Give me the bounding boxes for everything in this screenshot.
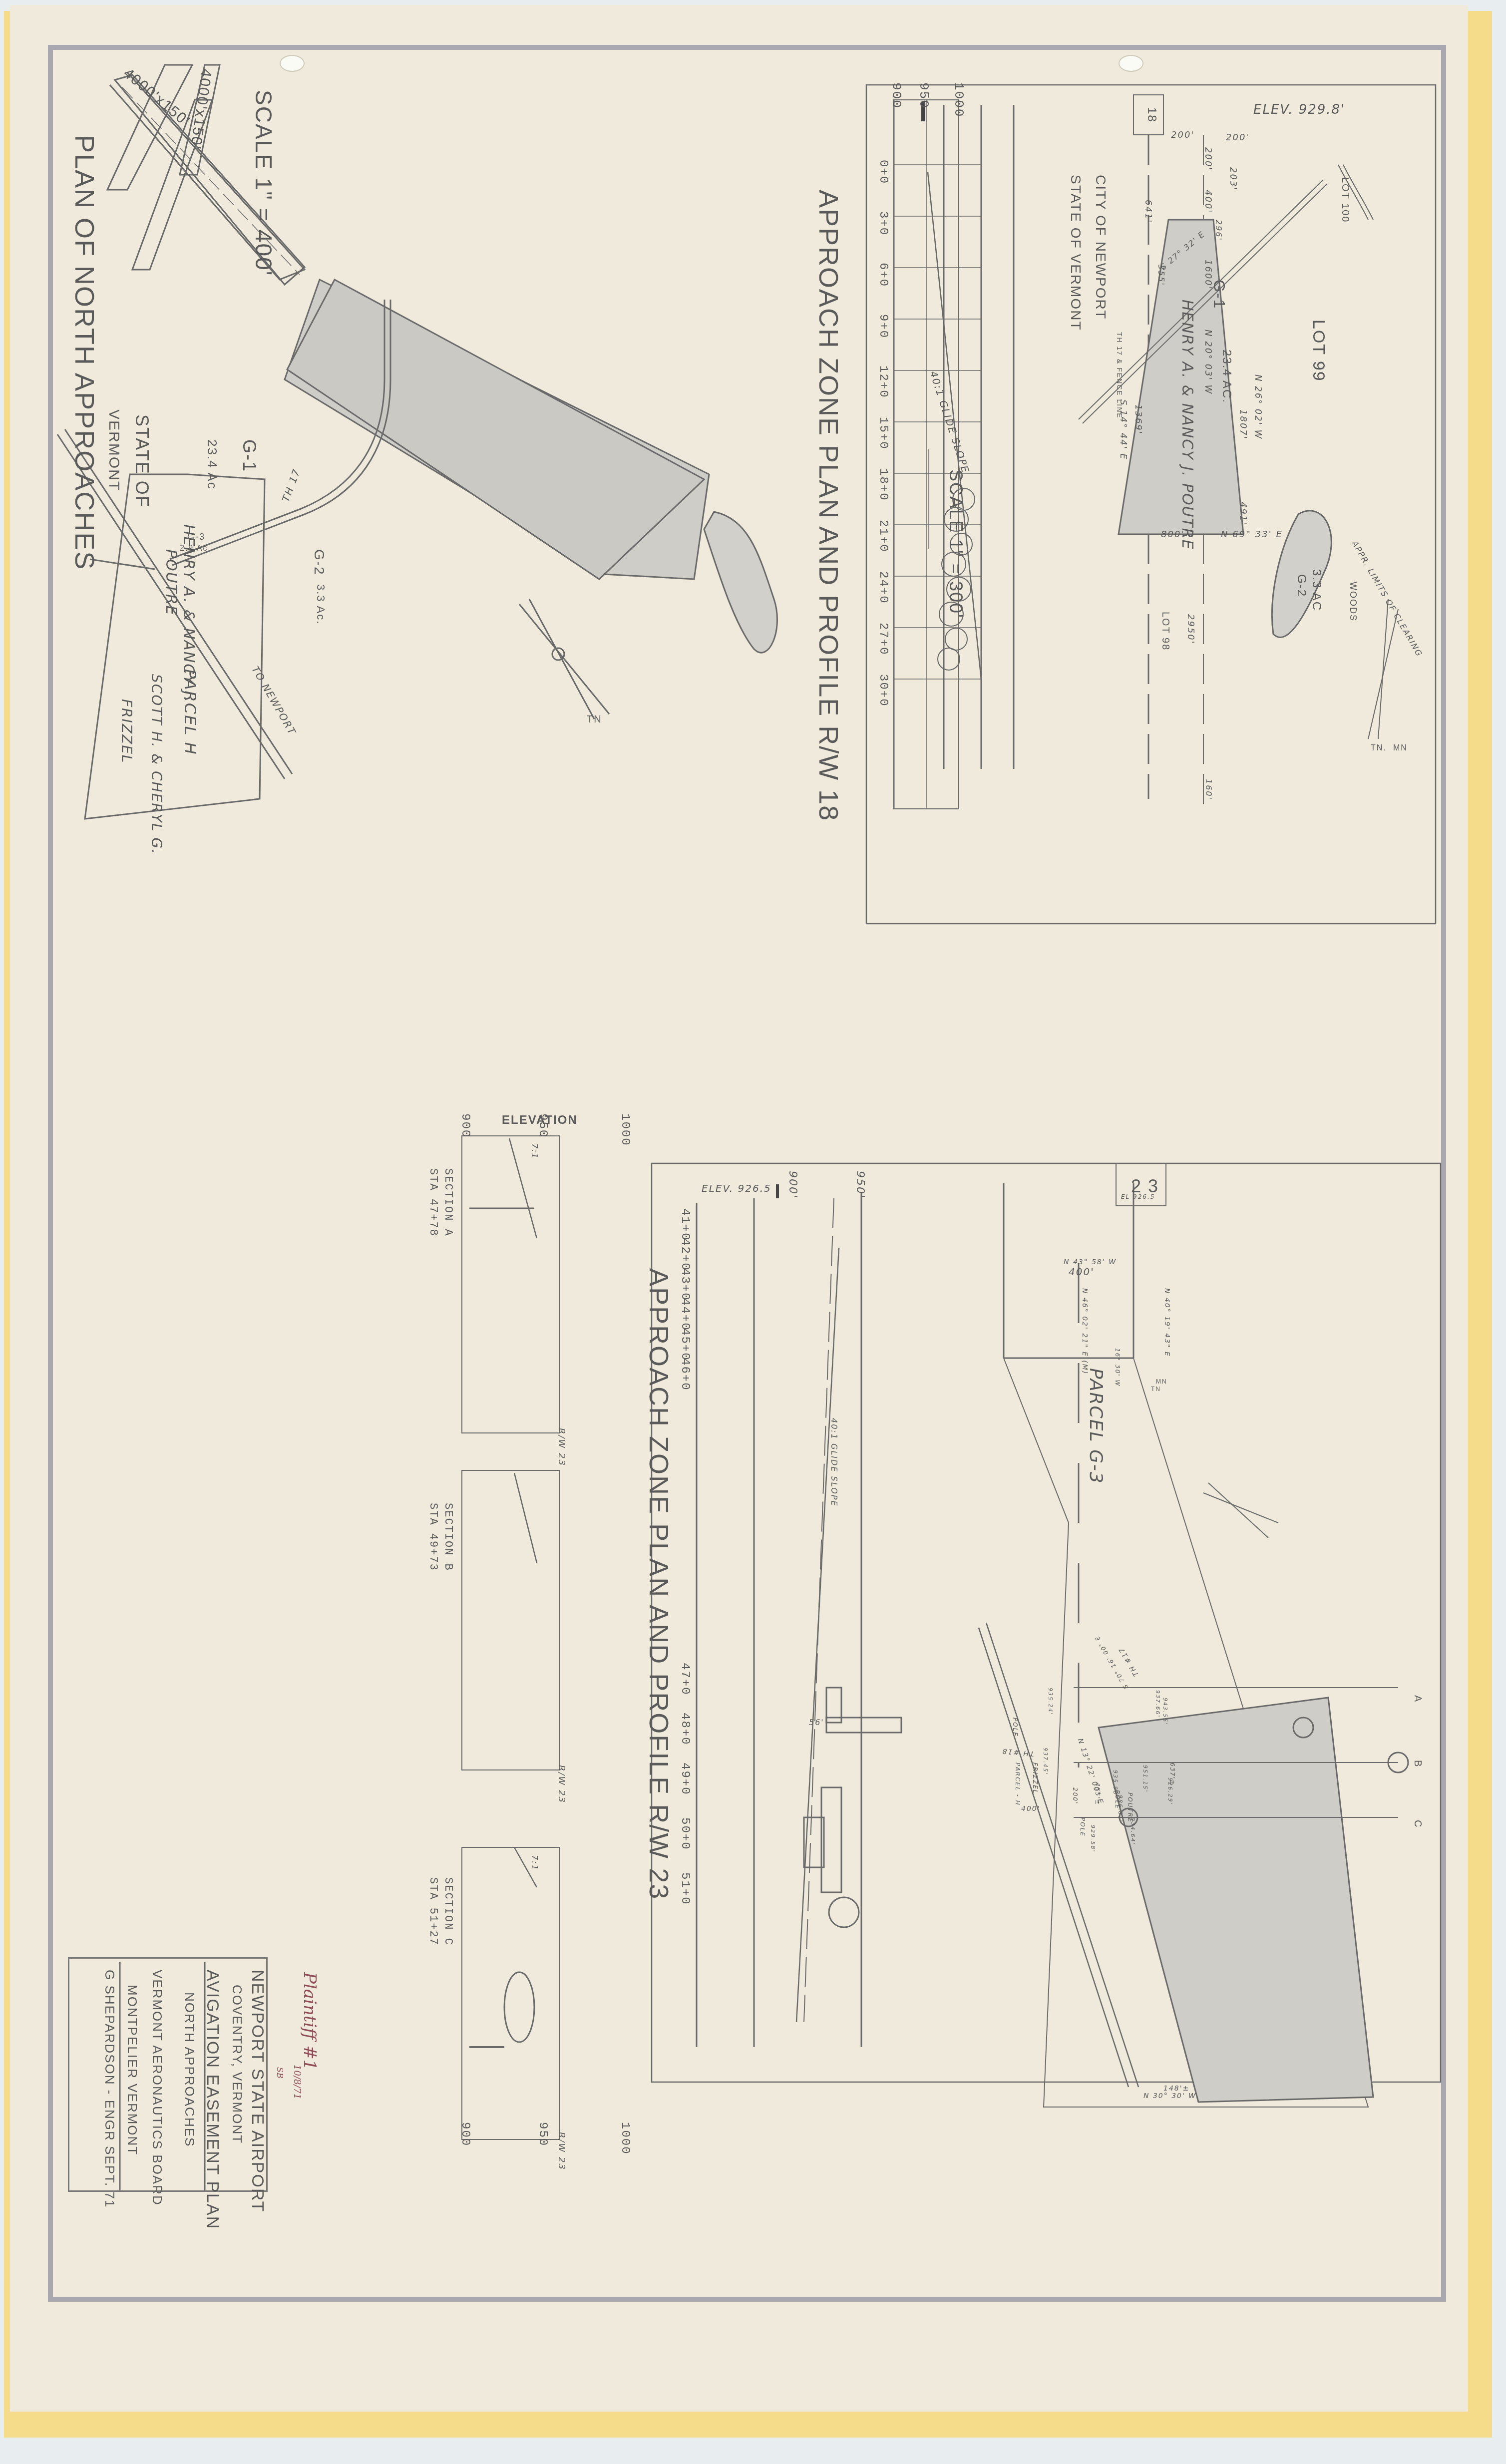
rw23-station: 41+0 [678, 1208, 692, 1241]
section-c-title: SECTION C [442, 1877, 454, 1946]
section-elev-900: 900 [458, 1113, 472, 1138]
rw23-elev-900: 900' [786, 1171, 799, 1199]
rw23-elev-950: 950' [854, 1171, 866, 1199]
section-c-station: STA 51+27 [427, 1877, 439, 1946]
state-of-label: STATE OF [131, 414, 152, 508]
exhibit-label: Plaintiff #1 [300, 1972, 320, 2070]
rw18-station: 27+0 [876, 623, 890, 656]
rw23-station: 46+0 [678, 1358, 692, 1391]
owner-frizzel-label-2: FRIZZEL [118, 699, 135, 763]
title-line-plan: AVIGATION EASEMENT PLAN [203, 1970, 222, 2229]
lot-100-label: LOT 100 [1339, 177, 1351, 223]
section-c-marker: C [1412, 1820, 1423, 1828]
bearing-label: N 20° 03' W [1203, 330, 1213, 394]
true-north-label: TN [587, 714, 602, 725]
rw18-station: 24+0 [876, 571, 890, 604]
section-a-title: SECTION A [442, 1168, 454, 1237]
rw18-elevation-label: ELEV. 929.8' [1253, 102, 1345, 117]
city-of-newport-label: CITY OF NEWPORT [1093, 175, 1109, 320]
exhibit-initials: SB [275, 2067, 285, 2079]
rw18-station: 30+0 [876, 674, 890, 707]
rw23-station: 49+0 [678, 1762, 692, 1795]
bearing-label: N 40° 19' 43" E [1163, 1288, 1171, 1357]
slope-label: 7:1 [530, 1855, 539, 1871]
spot-elevation: 986.81' [1117, 1795, 1124, 1823]
dim-label: 400' [1021, 1805, 1041, 1813]
parcel-g1-area: 23.4 Ac [204, 439, 220, 490]
lot-99-label: LOT 99 [1309, 320, 1328, 382]
bearing-label: S 14° 44' E [1118, 399, 1129, 460]
lot-98-label: LOT 98 [1159, 612, 1171, 651]
parcel-g2-area: 3.3 Ac. [314, 584, 327, 625]
rw23-station: 43+0 [678, 1268, 692, 1301]
dim-label: 203' [1228, 167, 1238, 191]
rw18-runway-end: 18 [1144, 107, 1158, 123]
parcel-g3-label: PARCEL G-3 [1086, 1368, 1106, 1484]
state-of-vermont-label: STATE OF VERMONT [1068, 175, 1084, 331]
dim-label: 2950' [1185, 614, 1196, 645]
dim-label: 400' [1069, 1266, 1095, 1278]
rw18-elev-900: 900 [889, 82, 904, 109]
title-line-location: COVENTRY, VERMONT [229, 1985, 245, 2144]
section-elev-950: 950 [536, 1113, 549, 1138]
parcel-g1-label: G-1 [239, 439, 260, 472]
rw23-elevation-label: ELEV. 926.5 [702, 1182, 771, 1194]
pole-label: POLE [1079, 1817, 1086, 1837]
declination-label: 16° 30' W [1114, 1348, 1121, 1387]
dim-label: 56' [809, 1718, 824, 1727]
dim-label: 1600' [1203, 260, 1213, 290]
rw18-g2-label: G-2 [1294, 574, 1308, 597]
dim-label: 455'± [1094, 1782, 1101, 1805]
rw18-mn-label: MN [1393, 744, 1408, 753]
parcel-h-label: PARCEL - H [1014, 1762, 1021, 1806]
title-line-airport: NEWPORT STATE AIRPORT [248, 1970, 267, 2213]
title-line-subtitle: NORTH APPROACHES [182, 1992, 197, 2147]
dim-label: 641' [1143, 200, 1153, 223]
title-line-agency-location: MONTPELIER VERMONT [124, 1985, 140, 2155]
dim-label: 200' [1171, 130, 1194, 140]
rw23-station: 45+0 [678, 1328, 692, 1361]
rw23-station: 50+0 [678, 1817, 692, 1850]
bearing-label: N 69° 33' E [1221, 529, 1283, 540]
rw18-station: 0+0 [876, 160, 890, 184]
rw23-title: APPROACH ZONE PLAN AND PROFILE R/W 23 [643, 1268, 674, 1900]
rw18-station: 12+0 [876, 365, 890, 398]
rw18-owner-label: HENRY A. & NANCY J. POUTRE [1178, 300, 1196, 550]
centerline-label: R/W 23 [556, 1428, 567, 1466]
title-line-agency: VERMONT AERONAUTICS BOARD [149, 1970, 165, 2206]
spot-elevation: 943.55' [1162, 1698, 1168, 1726]
dim-label: 200' [1226, 132, 1249, 143]
rw18-station: 9+0 [876, 314, 890, 339]
spot-elevation: 937.45' [1042, 1748, 1049, 1775]
frizzel-label: FRIZZEL [1032, 1762, 1039, 1794]
section-elev-1000: 1000 [618, 2122, 632, 2155]
exhibit-date: 10/8/71 [292, 2065, 302, 2099]
section-b-title: SECTION B [442, 1503, 454, 1571]
section-elev-950: 950 [536, 2122, 549, 2146]
rw18-station: 3+0 [876, 211, 890, 236]
parcel-h-label: PARCEL H [181, 669, 200, 755]
section-b-station: STA 49+73 [427, 1503, 439, 1571]
title-line-engineer: G SHEPARDSON - ENGR SEPT. 71 [102, 1970, 117, 2208]
centerline-label: R/W 23 [556, 1765, 567, 1803]
rw23-station: 47+0 [678, 1663, 692, 1696]
dim-label: 296' [1214, 220, 1223, 241]
dim-label: 1369' [1133, 404, 1143, 435]
rw18-elev-1000: 1000 [951, 82, 966, 117]
parcel-g3-area: 2.9 Ac [180, 544, 208, 553]
rw23-glide-slope-label: 40:1 GLIDE SLOPE [829, 1418, 839, 1507]
dim-label: 200' [1203, 147, 1213, 171]
rw18-station: 21+0 [876, 520, 890, 553]
rw23-station: 48+0 [678, 1713, 692, 1746]
rw18-scale: SCALE 1" = 300' [945, 469, 966, 619]
spot-elevation: 934.64' [1129, 1817, 1136, 1845]
rw18-tn-label: TN. [1371, 744, 1387, 753]
dim-label: 400' [1203, 190, 1213, 213]
parcel-g2-label: G-2 [311, 549, 327, 576]
bearing-label: N 43° 58' W [1064, 1258, 1117, 1266]
drawing-page: PLAN OF NORTH APPROACHES SCALE 1" = 400'… [0, 0, 1506, 2464]
spot-elevation: 935.24' [1047, 1688, 1054, 1716]
rw23-station: 51+0 [678, 1872, 692, 1905]
vermont-label: VERMONT [105, 409, 122, 491]
spot-elevation: 935.98' [1112, 1770, 1119, 1798]
spot-elevation: 937.66' [1154, 1690, 1161, 1718]
rw23-mn-label: MN [1156, 1378, 1167, 1385]
rw23-runway-elevation: EL 926.5 [1121, 1193, 1155, 1200]
rw23-station: 42+0 [678, 1238, 692, 1271]
section-b-marker: B [1412, 1760, 1423, 1767]
owner-poutre-label-2: POUTRE [162, 549, 180, 616]
centerline-label: R/W 23 [556, 2132, 567, 2170]
spot-elevation: 926.29' [1167, 1777, 1173, 1805]
dim-label: 148'± [1163, 2085, 1189, 2093]
bearing-label: N 30° 30' W [1143, 2092, 1196, 2100]
woods-label: WOODS [1348, 582, 1358, 622]
section-elev-900: 900 [458, 2122, 472, 2146]
bearing-label: N 26° 02' W [1253, 374, 1263, 439]
north-plan-linework [57, 65, 777, 819]
rw18-station: 15+0 [876, 417, 890, 450]
pole-label: POLE [1012, 1718, 1019, 1737]
owner-frizzel-label: SCOTT H. & CHERYL G. [148, 674, 165, 855]
slope-label: 7:1 [530, 1143, 539, 1159]
dim-label: 491' [1238, 502, 1248, 525]
rw23-linework [652, 1163, 1441, 2107]
section-elev-1000: 1000 [618, 1113, 632, 1146]
rw18-elev-950: 950 [916, 82, 931, 109]
spot-elevation: 929.58' [1090, 1825, 1096, 1853]
dim-label: 1807' [1238, 409, 1248, 440]
section-a-marker: A [1412, 1695, 1423, 1703]
plan-title: PLAN OF NORTH APPROACHES [69, 135, 100, 570]
sections-linework [462, 1136, 559, 2139]
rw18-station: 18+0 [876, 468, 890, 501]
dim-label: 200' [1072, 1787, 1079, 1804]
rw18-g1-area: 23.4 AC. [1219, 350, 1233, 403]
rw23-tn-label: TN [1151, 1386, 1161, 1393]
section-a-station: STA 47+78 [427, 1168, 439, 1237]
dim-label: 160' [1204, 779, 1213, 800]
north-plan-scale: SCALE 1" = 400' [250, 90, 277, 277]
parcel-g3-label: G-3 [187, 532, 205, 542]
rw18-title: APPROACH ZONE PLAN AND PROFILE R/W 18 [813, 190, 844, 821]
dim-label: 800' [1161, 529, 1184, 540]
rw18-g2-area: 3.3 AC [1309, 569, 1323, 611]
rw18-station: 6+0 [876, 263, 890, 287]
rw23-station: 44+0 [678, 1298, 692, 1331]
spot-elevation: 951.15' [1142, 1765, 1148, 1793]
bearing-label: N 46° 02' 21" E (M) [1081, 1288, 1089, 1375]
